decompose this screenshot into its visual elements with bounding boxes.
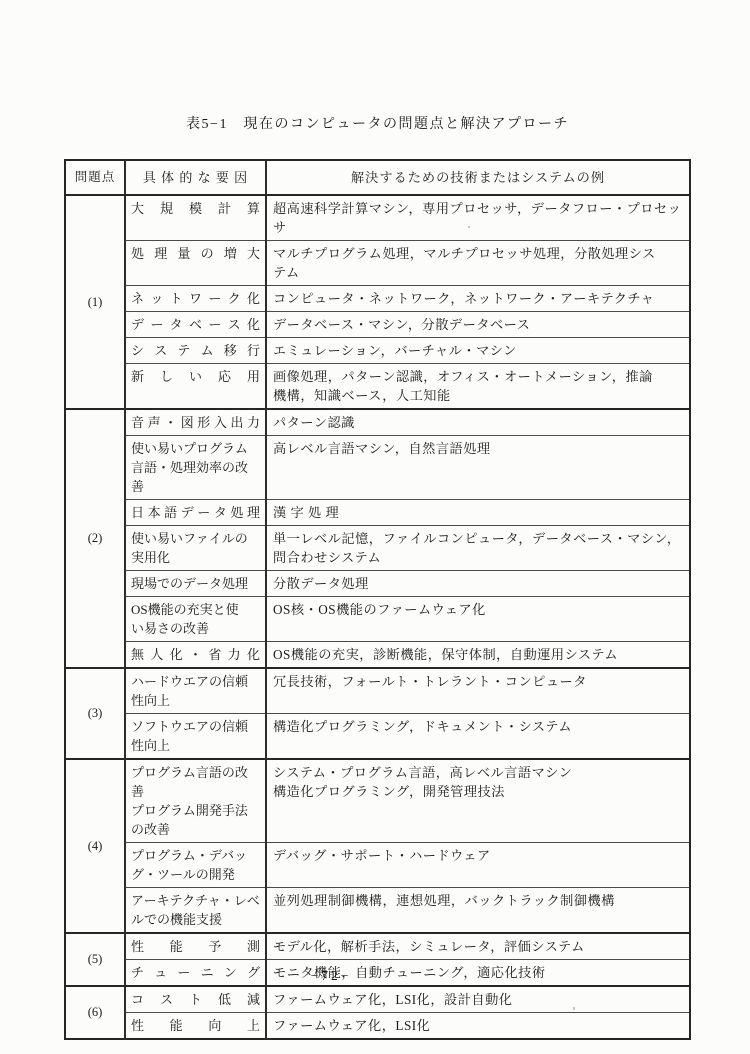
solution-cell: 並列処理制御機構，連想処理，バックトラック制御機構: [266, 888, 690, 934]
factor-cell: 日 本 語 デ ー タ 処 理: [125, 500, 266, 526]
solution-cell: ファームウェア化，LSI化: [266, 1013, 690, 1040]
page-number: −72−: [0, 968, 662, 984]
solution-cell: デバッグ・サポート・ハードウェア: [266, 843, 690, 888]
table-row: 日 本 語 デ ー タ 処 理 漢 字 処 理: [65, 500, 690, 526]
solution-cell: 高レベル言語マシン，自然言語処理: [266, 436, 690, 500]
table-row: 処 理 量 の 増 大 マルチプログラム処理，マルチプロセッサ処理，分散処理シス…: [65, 241, 690, 286]
table-row: シ ス テ ム 移 行 エミュレーション，バーチャル・マシン: [65, 338, 690, 364]
factor-cell: ハードウエアの信頼 性向上: [125, 668, 266, 714]
table-title: 表5−1 現在のコンピュータの問題点と解決アプローチ: [64, 113, 691, 133]
factor-cell: 無 人 化 ・ 省 力 化: [125, 642, 266, 669]
factor-cell: 使い易いプログラム 言語・処理効率の改 善: [125, 436, 266, 500]
factor-cell: プログラム・デバッ グ・ツールの開発: [125, 843, 266, 888]
scan-speck: [468, 226, 470, 228]
table-row: 性 能 向 上 ファームウェア化，LSI化: [65, 1013, 690, 1040]
solution-cell: 構造化プログラミング，ドキュメント・システム: [266, 714, 690, 760]
factor-cell: 大 規 模 計 算: [125, 195, 266, 241]
table-row: OS機能の充実と使 い易さの改善 OS核・OS機能のファームウェア化: [65, 597, 690, 642]
solution-cell: ファームウェア化，LSI化，設計自動化: [266, 986, 690, 1013]
scan-speck: [573, 1007, 575, 1010]
scanned-document-page: 表5−1 現在のコンピュータの問題点と解決アプローチ 問題点 具 体 的 な 要…: [0, 0, 750, 1054]
group-label-4: (4): [65, 759, 125, 933]
table-row: (5) 性 能 予 測 モデル化，解析手法，シミュレータ，評価システム: [65, 933, 690, 960]
solution-cell: モデル化，解析手法，シミュレータ，評価システム: [266, 933, 690, 960]
solution-cell: パターン認識: [266, 409, 690, 436]
solution-cell: 超高速科学計算マシン，専用プロセッサ，データフロー・プロセッサ: [266, 195, 690, 241]
problems-solutions-table: 問題点 具 体 的 な 要 因 解決するための技術またはシステムの例 (1) 大…: [64, 159, 691, 1040]
group-label-6: (6): [65, 986, 125, 1039]
factor-cell: ネ ッ ト ワ ー ク 化: [125, 286, 266, 312]
factor-cell: アーキテクチャ・レベ ルでの機能支援: [125, 888, 266, 934]
table-row: 無 人 化 ・ 省 力 化 OS機能の充実，診断機能，保守体制，自動運用システム: [65, 642, 690, 669]
factor-cell: 性 能 予 測: [125, 933, 266, 960]
table-row: 現場でのデータ処理 分散データ処理: [65, 571, 690, 597]
table-row: 使い易いファイルの 実用化 単一レベル記憶，ファイルコンピュータ，データベース・…: [65, 526, 690, 571]
factor-cell: デ ー タ ベ ー ス 化: [125, 312, 266, 338]
group-label-1: (1): [65, 195, 125, 409]
solution-cell: エミュレーション，バーチャル・マシン: [266, 338, 690, 364]
factor-cell: シ ス テ ム 移 行: [125, 338, 266, 364]
group-label-3: (3): [65, 668, 125, 759]
header-specific-factor: 具 体 的 な 要 因: [125, 160, 266, 195]
header-problem-point: 問題点: [65, 160, 125, 195]
factor-cell: ソフトウエアの信頼 性向上: [125, 714, 266, 760]
solution-cell: OS機能の充実，診断機能，保守体制，自動運用システム: [266, 642, 690, 669]
solution-cell: 単一レベル記憶，ファイルコンピュータ，データベース・マシン， 問合わせシステム: [266, 526, 690, 571]
solution-cell: データベース・マシン，分散データベース: [266, 312, 690, 338]
factor-cell: 使い易いファイルの 実用化: [125, 526, 266, 571]
factor-cell: プログラム言語の改善 プログラム開発手法 の改善: [125, 759, 266, 843]
table-row: 使い易いプログラム 言語・処理効率の改 善 高レベル言語マシン，自然言語処理: [65, 436, 690, 500]
solution-cell: 冗長技術，フォールト・トレラント・コンピュータ: [266, 668, 690, 714]
solution-cell: 画像処理，パターン認識，オフィス・オートメーション，推論 機構，知識ベース，人工…: [266, 364, 690, 410]
header-solution-examples: 解決するための技術またはシステムの例: [266, 160, 690, 195]
factor-cell: 音 声 ・ 図 形 入 出 力: [125, 409, 266, 436]
solution-cell: OS核・OS機能のファームウェア化: [266, 597, 690, 642]
problems-table-container: 問題点 具 体 的 な 要 因 解決するための技術またはシステムの例 (1) 大…: [64, 159, 691, 1040]
table-row: ソフトウエアの信頼 性向上 構造化プログラミング，ドキュメント・システム: [65, 714, 690, 760]
table-row: 新 し い 応 用 画像処理，パターン認識，オフィス・オートメーション，推論 機…: [65, 364, 690, 410]
table-row: (1) 大 規 模 計 算 超高速科学計算マシン，専用プロセッサ，データフロー・…: [65, 195, 690, 241]
table-row: (4) プログラム言語の改善 プログラム開発手法 の改善 システム・プログラム言…: [65, 759, 690, 843]
factor-cell: コ ス ト 低 減: [125, 986, 266, 1013]
group-label-2: (2): [65, 409, 125, 668]
table-row: (3) ハードウエアの信頼 性向上 冗長技術，フォールト・トレラント・コンピュー…: [65, 668, 690, 714]
table-header-row: 問題点 具 体 的 な 要 因 解決するための技術またはシステムの例: [65, 160, 690, 195]
solution-cell: 分散データ処理: [266, 571, 690, 597]
table-row: アーキテクチャ・レベ ルでの機能支援 並列処理制御機構，連想処理，バックトラック…: [65, 888, 690, 934]
table-row: ネ ッ ト ワ ー ク 化 コンピュータ・ネットワーク，ネットワーク・アーキテク…: [65, 286, 690, 312]
table-row: プログラム・デバッ グ・ツールの開発 デバッグ・サポート・ハードウェア: [65, 843, 690, 888]
factor-cell: 性 能 向 上: [125, 1013, 266, 1040]
factor-cell: 処 理 量 の 増 大: [125, 241, 266, 286]
solution-cell: システム・プログラム言語，高レベル言語マシン 構造化プログラミング，開発管理技法: [266, 759, 690, 843]
factor-cell: 現場でのデータ処理: [125, 571, 266, 597]
table-row: デ ー タ ベ ー ス 化 データベース・マシン，分散データベース: [65, 312, 690, 338]
factor-cell: OS機能の充実と使 い易さの改善: [125, 597, 266, 642]
solution-cell: マルチプログラム処理，マルチプロセッサ処理，分散処理シス テム: [266, 241, 690, 286]
factor-cell: 新 し い 応 用: [125, 364, 266, 410]
table-row: (2) 音 声 ・ 図 形 入 出 力 パターン認識: [65, 409, 690, 436]
solution-cell: コンピュータ・ネットワーク，ネットワーク・アーキテクチャ: [266, 286, 690, 312]
solution-cell: 漢 字 処 理: [266, 500, 690, 526]
table-row: (6) コ ス ト 低 減 ファームウェア化，LSI化，設計自動化: [65, 986, 690, 1013]
